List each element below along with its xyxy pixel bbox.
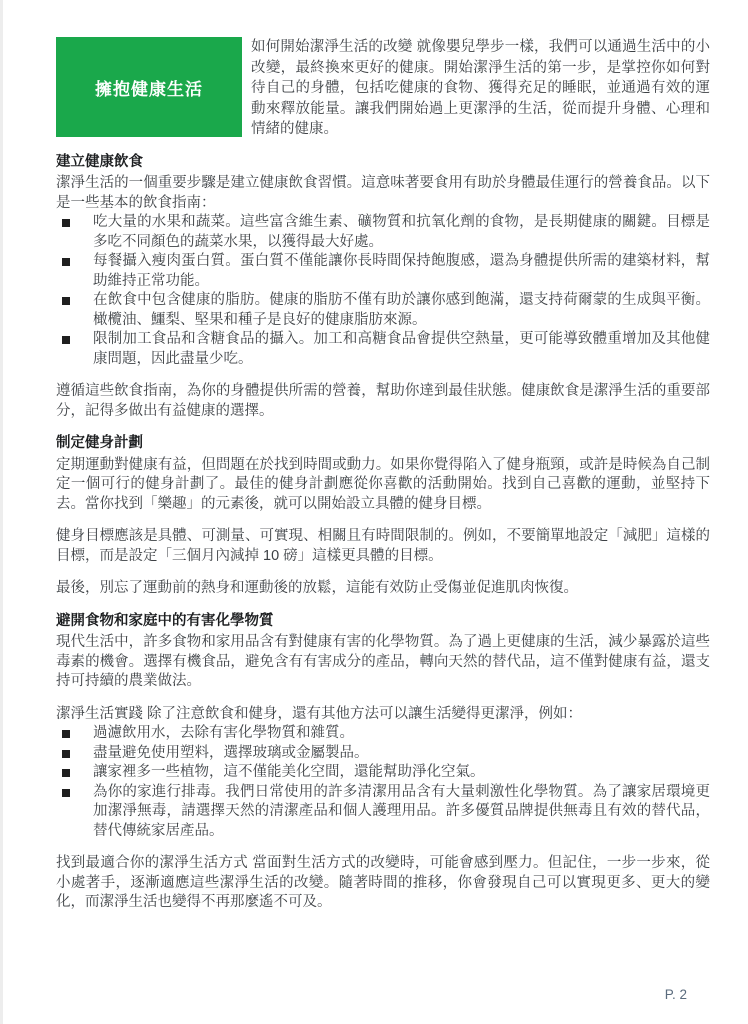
list-item-text: 讓家裡多一些植物，這不僅能美化空間，還能幫助淨化空氣。 <box>93 763 710 783</box>
practices-bullet-list: 過濾飲用水，去除有害化學物質和雜質。 盡量避免使用塑料，選擇玻璃或金屬製品。 讓… <box>56 724 710 841</box>
diet-outro-paragraph: 遵循這些飲食指南，為你的身體提供所需的營養，幫助你達到最佳狀態。健康飲食是潔淨生… <box>56 382 710 421</box>
list-item-text: 過濾飲用水，去除有害化學物質和雜質。 <box>93 724 710 744</box>
square-bullet-icon <box>62 336 70 344</box>
chemicals-paragraph: 現代生活中，許多食物和家用品含有對健康有害的化學物質。為了過上更健康的生活，減少… <box>56 633 710 692</box>
square-bullet-icon <box>62 219 70 227</box>
list-item: 讓家裡多一些植物，這不僅能美化空間，還能幫助淨化空氣。 <box>56 763 710 783</box>
list-item: 過濾飲用水，去除有害化學物質和雜質。 <box>56 724 710 744</box>
square-bullet-icon <box>62 750 70 758</box>
list-item: 每餐攝入瘦肉蛋白質。蛋白質不僅能讓你長時間保持飽腹感，還為身體提供所需的建築材料… <box>56 252 710 291</box>
practices-lead-paragraph: 潔淨生活實踐 除了注意飲食和健身，還有其他方法可以讓生活變得更潔淨，例如： <box>56 705 710 725</box>
list-item-text: 吃大量的水果和蔬菜。這些富含維生素、礦物質和抗氧化劑的食物，是長期健康的關鍵。目… <box>93 213 710 252</box>
square-bullet-icon <box>62 258 70 266</box>
document-page: 擁抱健康生活 如何開始潔淨生活的改變 就像嬰兒學步一樣，我們可以通過生活中的小改… <box>0 0 748 913</box>
list-item-text: 盡量避免使用塑料，選擇玻璃或金屬製品。 <box>93 744 710 764</box>
title-banner: 擁抱健康生活 <box>56 37 242 137</box>
square-bullet-icon <box>62 789 70 797</box>
list-item-text: 每餐攝入瘦肉蛋白質。蛋白質不僅能讓你長時間保持飽腹感，還為身體提供所需的建築材料… <box>93 252 710 291</box>
list-item-text: 限制加工食品和含糖食品的攝入。加工和高糖食品會提供空熱量，更可能導致體重增加及其… <box>93 330 710 369</box>
fitness-paragraph-3: 最後，別忘了運動前的熱身和運動後的放鬆，這能有效防止受傷並促進肌肉恢復。 <box>56 579 710 599</box>
list-item: 在飲食中包含健康的脂肪。健康的脂肪不僅有助於讓你感到飽滿，還支持荷爾蒙的生成與平… <box>56 291 710 330</box>
list-item-text: 在飲食中包含健康的脂肪。健康的脂肪不僅有助於讓你感到飽滿，還支持荷爾蒙的生成與平… <box>93 291 710 330</box>
section-heading-chemicals: 避開食物和家庭中的有害化學物質 <box>56 612 710 632</box>
page-header: 擁抱健康生活 如何開始潔淨生活的改變 就像嬰兒學步一樣，我們可以通過生活中的小改… <box>56 37 710 140</box>
page-title: 擁抱健康生活 <box>95 75 203 100</box>
square-bullet-icon <box>62 769 70 777</box>
list-item-text: 為你的家進行排毒。我們日常使用的許多清潔用品含有大量刺激性化學物質。為了讓家居環… <box>93 783 710 842</box>
list-item: 為你的家進行排毒。我們日常使用的許多清潔用品含有大量刺激性化學物質。為了讓家居環… <box>56 783 710 842</box>
square-bullet-icon <box>62 730 70 738</box>
diet-intro-paragraph: 潔淨生活的一個重要步驟是建立健康飲食習慣。這意味著要食用有助於身體最佳運行的營養… <box>56 174 710 213</box>
section-heading-fitness: 制定健身計劃 <box>56 434 710 454</box>
page-left-edge <box>0 0 3 1024</box>
page-number: P. 2 <box>665 987 687 1002</box>
closing-paragraph: 找到最適合你的潔淨生活方式 當面對生活方式的改變時，可能會感到壓力。但記住，一步… <box>56 854 710 913</box>
fitness-paragraph-1: 定期運動對健康有益，但問題在於找到時間或動力。如果你覺得陷入了健身瓶頸，或許是時… <box>56 456 710 515</box>
diet-bullet-list: 吃大量的水果和蔬菜。這些富含維生素、礦物質和抗氧化劑的食物，是長期健康的關鍵。目… <box>56 213 710 369</box>
square-bullet-icon <box>62 297 70 305</box>
intro-paragraph: 如何開始潔淨生活的改變 就像嬰兒學步一樣，我們可以通過生活中的小改變，最終換來更… <box>251 37 710 140</box>
list-item: 限制加工食品和含糖食品的攝入。加工和高糖食品會提供空熱量，更可能導致體重增加及其… <box>56 330 710 369</box>
list-item: 吃大量的水果和蔬菜。這些富含維生素、礦物質和抗氧化劑的食物，是長期健康的關鍵。目… <box>56 213 710 252</box>
list-item: 盡量避免使用塑料，選擇玻璃或金屬製品。 <box>56 744 710 764</box>
section-heading-diet: 建立健康飲食 <box>56 153 710 173</box>
fitness-paragraph-2: 健身目標應該是具體、可測量、可實現、相關且有時間限制的。例如，不要簡單地設定「減… <box>56 527 710 566</box>
